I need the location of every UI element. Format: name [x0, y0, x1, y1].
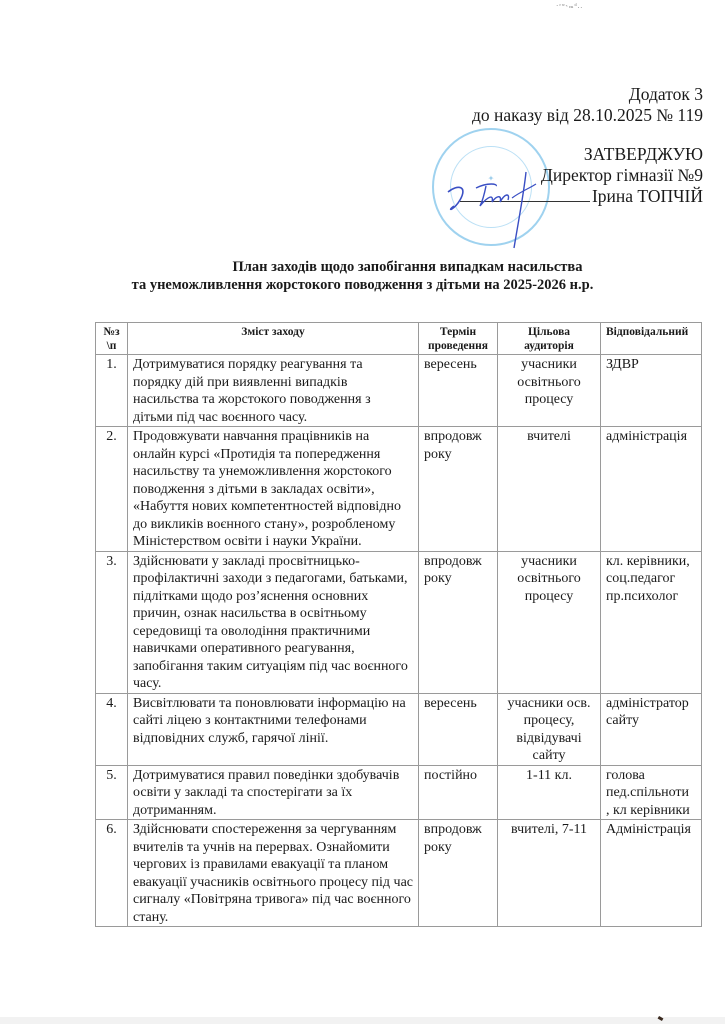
- scan-smudge: ·ʳʷ˞ₘᵈ..: [556, 2, 583, 10]
- header-term: Термін проведення: [419, 323, 498, 355]
- row-audience: учасники освітнього процесу: [498, 355, 601, 427]
- appendix-header: Додаток 3 до наказу від 28.10.2025 № 119: [472, 84, 703, 126]
- row-content: Продовжувати навчання працівників на онл…: [128, 427, 419, 552]
- row-content: Здійснювати у закладі просвітницько-проф…: [128, 551, 419, 693]
- title-line-2: та унеможливлення жорстокого поводження …: [0, 276, 725, 294]
- row-responsible: адміністратор сайту: [601, 693, 702, 765]
- row-responsible: кл. керівники, соц.педагог пр.психолог: [601, 551, 702, 693]
- row-audience: учасники осв. процесу, відвідувачі сайту: [498, 693, 601, 765]
- document-page: ·ʳʷ˞ₘᵈ.. Додаток 3 до наказу від 28.10.2…: [0, 0, 725, 1024]
- header-audience: Цільова аудиторія: [498, 323, 601, 355]
- row-term: впродовж року: [419, 820, 498, 927]
- row-content: Дотримуватися порядку реагування та поря…: [128, 355, 419, 427]
- table-row: 3. Здійснювати у закладі просвітницько-п…: [96, 551, 702, 693]
- row-responsible: Адміністрація: [601, 820, 702, 927]
- row-audience: 1-11 кл.: [498, 765, 601, 820]
- header-content: Зміст заходу: [128, 323, 419, 355]
- row-term: впродовж року: [419, 427, 498, 552]
- row-responsible: голова пед.спільноти , кл керівники: [601, 765, 702, 820]
- table-row: 2. Продовжувати навчання працівників на …: [96, 427, 702, 552]
- row-number: 2.: [96, 427, 128, 552]
- row-number: 5.: [96, 765, 128, 820]
- row-number: 1.: [96, 355, 128, 427]
- row-number: 3.: [96, 551, 128, 693]
- row-responsible: ЗДВР: [601, 355, 702, 427]
- director-name: Ірина ТОПЧІЙ: [592, 186, 703, 206]
- row-audience: учасники освітнього процесу: [498, 551, 601, 693]
- scan-edge: [0, 1017, 725, 1024]
- measures-table: №з \п Зміст заходу Термін проведення Ціл…: [95, 322, 702, 927]
- row-number: 6.: [96, 820, 128, 927]
- row-audience: вчителі: [498, 427, 601, 552]
- row-term: впродовж року: [419, 551, 498, 693]
- table-row: 5. Дотримуватися правил поведінки здобув…: [96, 765, 702, 820]
- row-term: постійно: [419, 765, 498, 820]
- row-content: Висвітлювати та поновлювати інформацію н…: [128, 693, 419, 765]
- appendix-label: Додаток 3: [472, 84, 703, 105]
- row-content: Дотримуватися правил поведінки здобувачі…: [128, 765, 419, 820]
- row-responsible: адміністрація: [601, 427, 702, 552]
- row-audience: вчителі, 7-11: [498, 820, 601, 927]
- row-term: вересень: [419, 355, 498, 427]
- table-header-row: №з \п Зміст заходу Термін проведення Ціл…: [96, 323, 702, 355]
- row-term: вересень: [419, 693, 498, 765]
- title-line-1: План заходів щодо запобігання випадкам н…: [0, 258, 725, 276]
- table-row: 4. Висвітлювати та поновлювати інформаці…: [96, 693, 702, 765]
- header-responsible: Відповідальний: [601, 323, 702, 355]
- row-number: 4.: [96, 693, 128, 765]
- plan-title: План заходів щодо запобігання випадкам н…: [0, 258, 725, 294]
- row-content: Здійснювати спостереження за чергуванням…: [128, 820, 419, 927]
- table-row: 6. Здійснювати спостереження за чергуван…: [96, 820, 702, 927]
- header-number: №з \п: [96, 323, 128, 355]
- table-row: 1. Дотримуватися порядку реагування та п…: [96, 355, 702, 427]
- order-reference: до наказу від 28.10.2025 № 119: [472, 105, 703, 126]
- signature-icon: [440, 162, 550, 252]
